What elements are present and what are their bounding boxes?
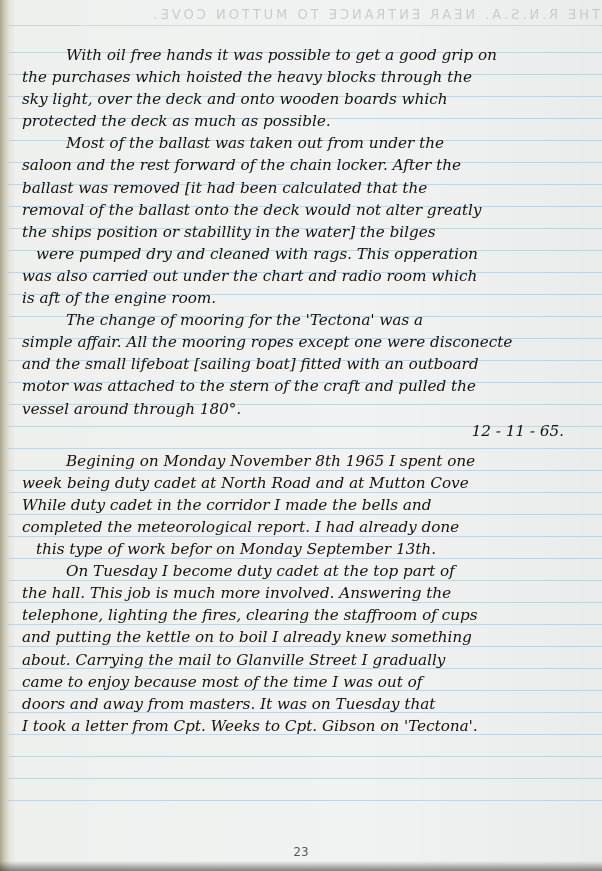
text-line: is aft of the engine room. [22,287,600,309]
text-line: completed the meteorological report. I h… [22,516,600,538]
text-line: vessel around through 180°. [22,398,600,420]
text-line: Begining on Monday November 8th 1965 I s… [22,450,600,472]
text-line: protected the deck as much as possible. [22,110,600,132]
text-line: The change of mooring for the 'Tectona' … [22,309,600,331]
text-line: simple affair. All the mooring ropes exc… [22,331,600,353]
text-line: motor was attached to the stern of the c… [22,375,600,397]
text-line: was also carried out under the chart and… [22,265,600,287]
text-line: were pumped dry and cleaned with rags. T… [22,243,600,265]
text-line: the ships position or stabillity in the … [22,221,600,243]
text-line: doors and away from masters. It was on T… [22,693,600,715]
spacer [22,442,600,450]
text-line: week being duty cadet at North Road and … [22,472,600,494]
text-line: removal of the ballast onto the deck wou… [22,199,600,221]
text-line: this type of work befor on Monday Septem… [22,538,600,560]
text-line: I took a letter from Cpt. Weeks to Cpt. … [22,715,600,737]
text-line: saloon and the rest forward of the chain… [22,154,600,176]
bleed-through-heading: THE R.N.S.A. NEAR ENTRANCE TO MUTTON COV… [80,8,600,26]
text-line: ballast was removed [it had been calcula… [22,177,600,199]
text-line: telephone, lighting the fires, clearing … [22,604,600,626]
handwritten-text: With oil free hands it was possible to g… [22,44,600,737]
text-line: sky light, over the deck and onto wooden… [22,88,600,110]
text-line: With oil free hands it was possible to g… [22,44,600,66]
text-line: While duty cadet in the corridor I made … [22,494,600,516]
text-line: the hall. This job is much more involved… [22,582,600,604]
page-number: 23 [0,845,602,859]
text-line: the purchases which hoisted the heavy bl… [22,66,600,88]
text-line: and the small lifeboat [sailing boat] fi… [22,353,600,375]
text-line: On Tuesday I become duty cadet at the to… [22,560,600,582]
entry-date: 12 - 11 - 65. [22,420,600,442]
text-line: about. Carrying the mail to Glanville St… [22,649,600,671]
page-edge-shadow [0,861,602,871]
text-line: Most of the ballast was taken out from u… [22,132,600,154]
text-line: came to enjoy because most of the time I… [22,671,600,693]
text-line: and putting the kettle on to boil I alre… [22,626,600,648]
notebook-page: THE R.N.S.A. NEAR ENTRANCE TO MUTTON COV… [0,0,602,871]
